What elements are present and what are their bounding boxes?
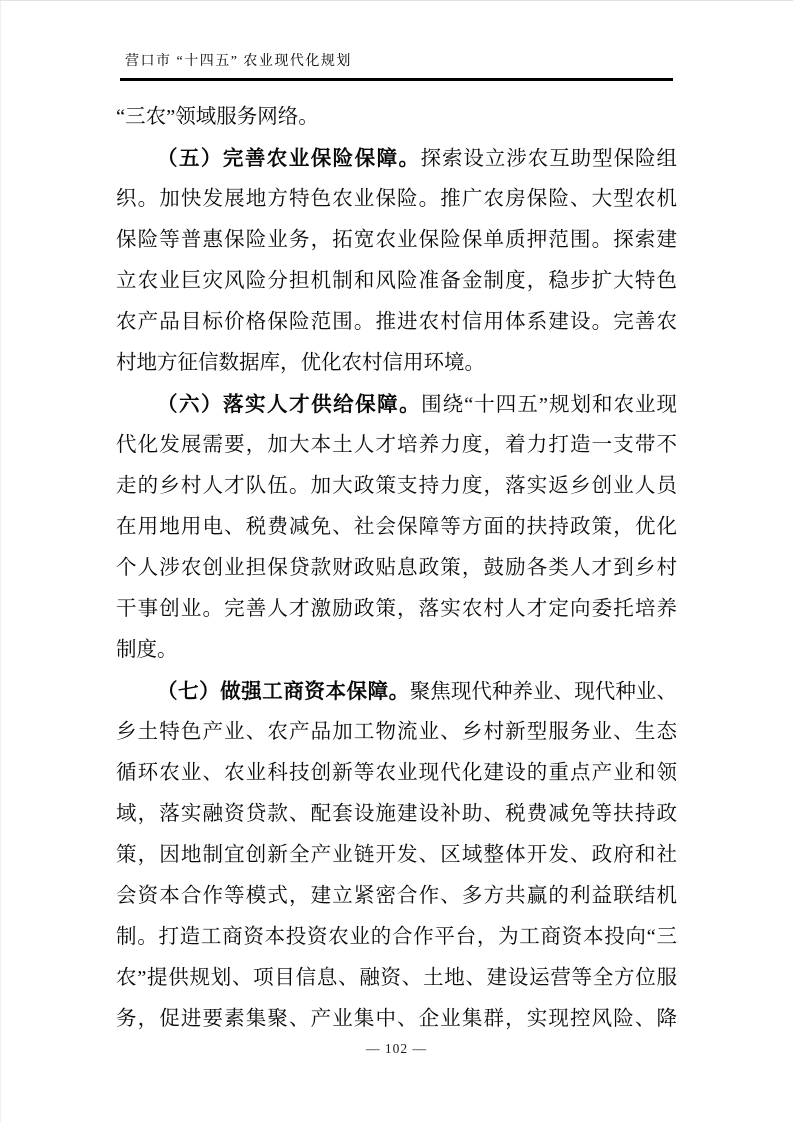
text-line: 保险等普惠保险业务，拓宽农业保险保单质押范围。探索建 [116,220,677,261]
text-line: 织。加快发展地方特色农业保险。推广农房保险、大型农机 [116,179,677,220]
text-line: 立农业巨灾风险分担机制和风险准备金制度，稳步扩大特色 [116,261,677,302]
text-line: 村地方征信数据库，优化农村信用环境。 [116,343,677,384]
text-line: “三农”领域服务网络。 [116,97,677,138]
text-line: 走的乡村人才队伍。加大政策支持力度，落实返乡创业人员 [116,466,677,507]
page-number: — 102 — [0,1038,793,1060]
text-line: 农”提供规划、项目信息、融资、土地、建设运营等全方位服 [116,958,677,999]
text-line: 制。打造工商资本投资农业的合作平台，为工商资本投向“三 [116,917,677,958]
paragraph-heading: （六）落实人才供给保障。 [157,393,421,416]
text-line: 循环农业、农业科技创新等农业现代化建设的重点产业和领 [116,753,677,794]
text-line: 农产品目标价格保险范围。推进农村信用体系建设。完善农 [116,302,677,343]
text-line: 个人涉农创业担保贷款财政贴息政策，鼓励各类人才到乡村 [116,548,677,589]
text-line: 乡土特色产业、农产品加工物流业、乡村新型服务业、生态 [116,712,677,753]
text-line: 务，促进要素集聚、产业集中、企业集群，实现控风险、降 [116,999,677,1040]
text-line: 策，因地制宜创新全产业链开发、区域整体开发、政府和社 [116,835,677,876]
text-line: （七）做强工商资本保障。聚焦现代种养业、现代种业、 [116,671,677,712]
text-line: （六）落实人才供给保障。围绕“十四五”规划和农业现 [116,384,677,425]
text-line: 会资本合作等模式，建立紧密合作、多方共赢的利益联结机 [116,876,677,917]
text-line: （五）完善农业保险保障。探索设立涉农互助型保险组 [116,138,677,179]
document-page: 营口市 “十四五” 农业现代化规划 “三农”领域服务网络。（五）完善农业保险保障… [0,0,793,1122]
paragraph-heading: （七）做强工商资本保障。 [157,680,410,703]
text-line: 制度。 [116,630,677,671]
text-line: 干事创业。完善人才激励政策，落实农村人才定向委托培养 [116,589,677,630]
text-line: 代化发展需要，加大本土人才培养力度，着力打造一支带不 [116,425,677,466]
header-rule [120,78,673,81]
running-header-title: 营口市 “十四五” 农业现代化规划 [125,51,352,73]
text-line: 在用地用电、税费减免、社会保障等方面的扶持政策，优化 [116,507,677,548]
document-body: “三农”领域服务网络。（五）完善农业保险保障。探索设立涉农互助型保险组织。加快发… [116,97,677,1040]
text-line: 域，落实融资贷款、配套设施建设补助、税费减免等扶持政 [116,794,677,835]
paragraph-heading: （五）完善农业保险保障。 [157,147,420,170]
